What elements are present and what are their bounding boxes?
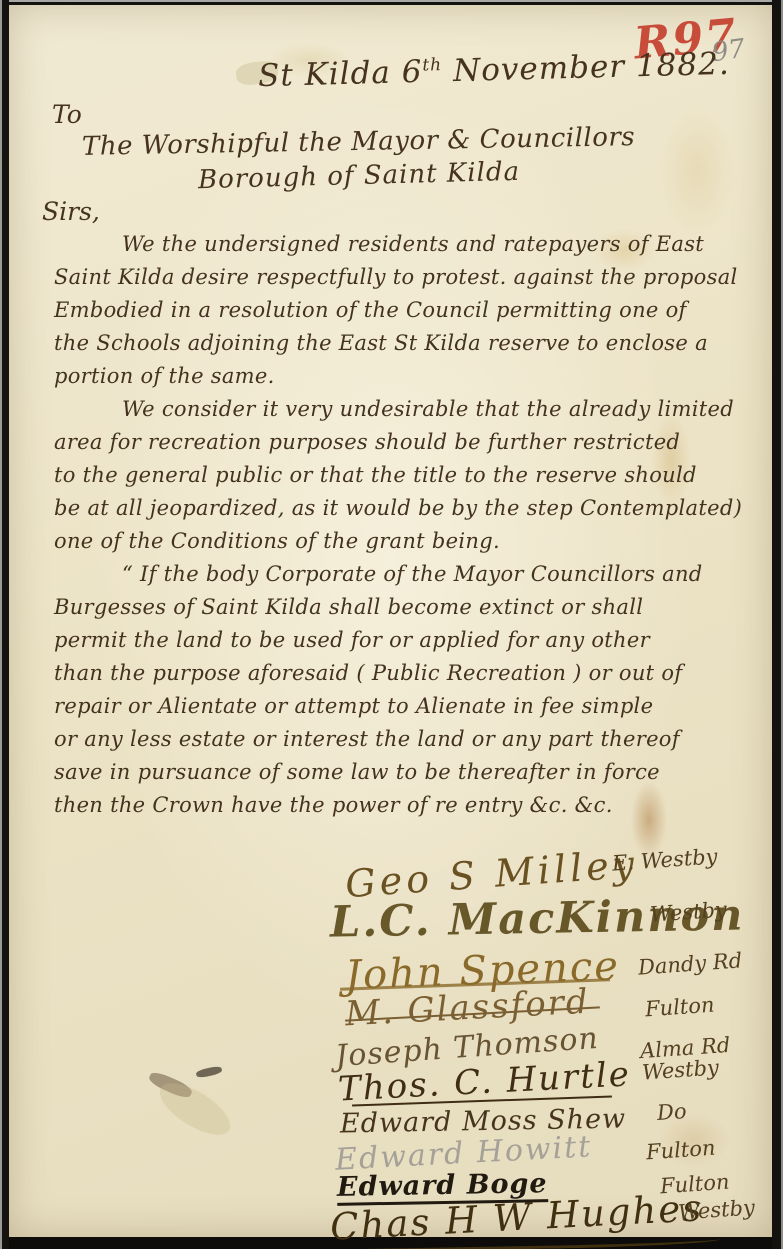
dateline-place-day: St Kilda 6 [258, 54, 423, 94]
letter-line: save in pursuance of some law to be ther… [54, 756, 754, 789]
letter-line: Saint Kilda desire respectfully to prote… [54, 261, 754, 294]
letter-line: We consider it very undesirable that the… [54, 393, 754, 426]
letter-line: to the general public or that the title … [54, 459, 754, 492]
dateline-rest: November 1882. [442, 46, 730, 90]
signature-address-ditto: Do [656, 1099, 687, 1125]
letter-line: one of the Conditions of the grant being… [54, 525, 754, 558]
letter-line: Embodied in a resolution of the Council … [54, 294, 754, 327]
letter-line: or any less estate or interest the land … [54, 723, 754, 756]
letter-line: the Schools adjoining the East St Kilda … [54, 327, 754, 360]
letter-line: portion of the same. [54, 360, 754, 393]
letter-line: repair or Alientate or attempt to Aliena… [54, 690, 754, 723]
letter-line: We the undersigned residents and ratepay… [54, 228, 754, 261]
signature-address: Fulton [659, 1170, 730, 1199]
signature-address: Fulton [644, 993, 715, 1022]
letter-line: then the Crown have the power of re entr… [54, 789, 754, 822]
paragraph-3-grant-condition-quote: “ If the body Corporate of the Mayor Cou… [54, 558, 754, 822]
letter-line: area for recreation purposes should be f… [54, 426, 754, 459]
letter-line: be at all jeopardized, as it would be by… [54, 492, 754, 525]
letter-line: “ If the body Corporate of the Mayor Cou… [54, 558, 754, 591]
address-to: To [52, 100, 82, 129]
dateline-ordinal: th [422, 55, 442, 76]
paragraph-1: We the undersigned residents and ratepay… [54, 228, 754, 393]
salutation: Sirs, [42, 197, 100, 226]
scanned-letter-page: R97 97 St Kilda 6th November 1882. To Th… [0, 0, 783, 1249]
letter-line: Burgesses of Saint Kilda shall become ex… [54, 591, 754, 624]
letter-line: than the purpose aforesaid ( Public Recr… [54, 657, 754, 690]
letter-line: permit the land to be used for or applie… [54, 624, 754, 657]
signature-address: Fulton [645, 1136, 716, 1165]
paragraph-2: We consider it very undesirable that the… [54, 393, 754, 558]
